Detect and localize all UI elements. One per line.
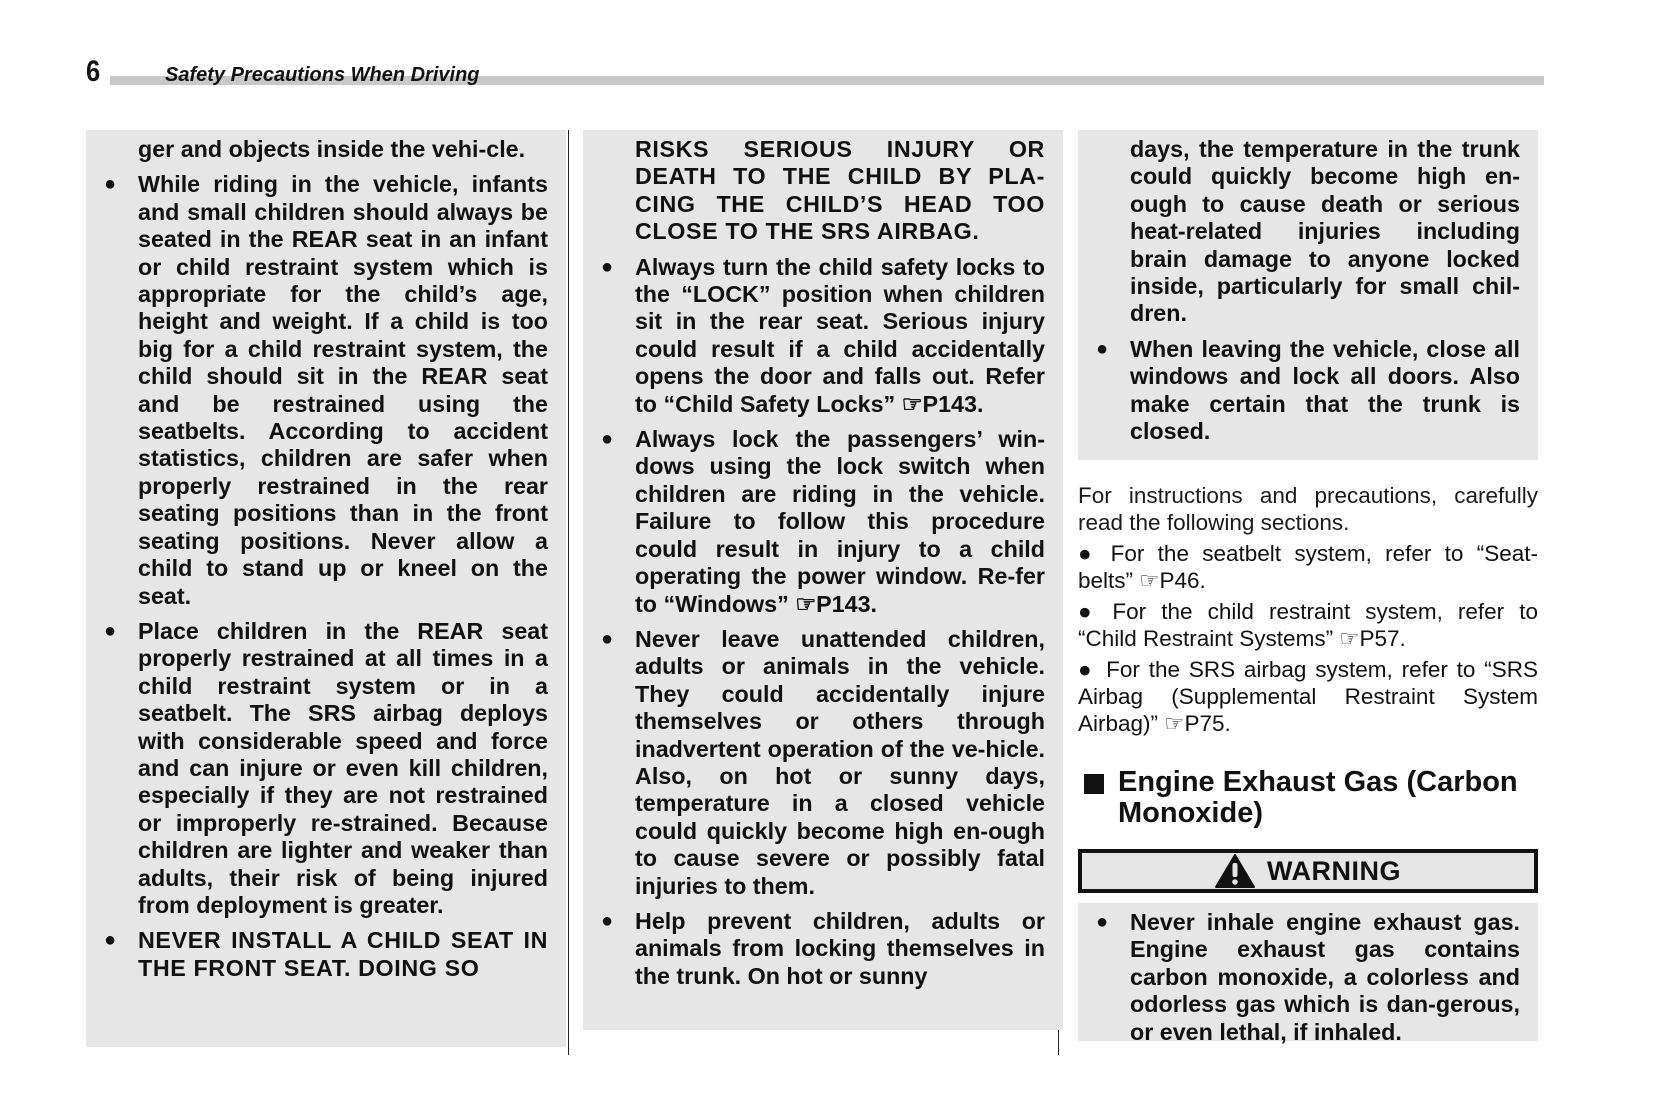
list-item: ●Never leave unattended children, adults…: [583, 626, 1045, 900]
section-marker-icon: [1084, 774, 1104, 794]
bullet-icon: ●: [104, 171, 116, 198]
bullet-icon: ●: [1078, 657, 1094, 682]
bullet-icon: ●: [601, 254, 613, 281]
right-column: days, the temperature in the trunk could…: [1078, 130, 1538, 1041]
list-item: ●When leaving the vehicle, close all win…: [1078, 336, 1520, 446]
list-item: RISKS SERIOUS INJURY OR DEATH TO THE CHI…: [583, 136, 1045, 246]
list-item: ger and objects inside the vehi-cle.: [86, 136, 548, 163]
column-divider: [568, 130, 569, 1055]
header-title: Safety Precautions When Driving: [165, 64, 480, 87]
bullet-icon: ●: [601, 626, 613, 653]
list-item: ●While riding in the vehicle, infants an…: [86, 171, 548, 610]
bullet-icon: ●: [601, 426, 613, 453]
bullet-icon: ●: [104, 927, 117, 954]
list-item: ●NEVER INSTALL A CHILD SEAT IN THE FRONT…: [86, 927, 548, 982]
list-item: ●Always lock the passengers’ win-dows us…: [583, 426, 1045, 618]
bullet-icon: ●: [1078, 599, 1100, 624]
warning-banner: WARNING: [1078, 849, 1538, 893]
left-column-warning-box: ger and objects inside the vehi-cle. ●Wh…: [86, 130, 566, 1047]
bullet-icon: ●: [1096, 336, 1108, 363]
bullet-icon: ●: [1096, 909, 1108, 936]
bullet-icon: ●: [104, 618, 116, 645]
list-item: ●Help prevent children, adults or animal…: [583, 908, 1045, 990]
section-heading: Engine Exhaust Gas (Carbon Monoxide): [1078, 767, 1538, 829]
middle-column-warning-box: RISKS SERIOUS INJURY OR DEATH TO THE CHI…: [583, 130, 1063, 1030]
reference-item: ●For the seatbelt system, refer to “Seat…: [1078, 540, 1538, 594]
reference-item: ●For the child restraint system, refer t…: [1078, 598, 1538, 652]
reference-link[interactable]: For the SRS airbag system, refer to “SRS…: [1078, 657, 1538, 736]
list-item: ●Always turn the child safety locks to t…: [583, 254, 1045, 418]
warning-content-box: ●Never inhale engine exhaust gas. Engine…: [1078, 903, 1538, 1041]
reference-link[interactable]: For the seatbelt system, refer to “Seat-…: [1078, 541, 1538, 593]
list-item: ●Never inhale engine exhaust gas. Engine…: [1078, 909, 1520, 1046]
page-number: 6: [86, 55, 100, 89]
right-column-warning-box: days, the temperature in the trunk could…: [1078, 130, 1538, 460]
reference-item: ●For the SRS airbag system, refer to “SR…: [1078, 656, 1538, 737]
warning-triangle-icon: [1215, 854, 1255, 888]
warning-label: WARNING: [1267, 856, 1401, 887]
bullet-icon: ●: [1078, 541, 1099, 566]
reference-link[interactable]: For the child restraint system, refer to…: [1078, 599, 1538, 651]
intro-paragraph: For instructions and precautions, carefu…: [1078, 482, 1538, 536]
list-item: days, the temperature in the trunk could…: [1078, 136, 1520, 328]
bullet-icon: ●: [601, 908, 613, 935]
list-item: ●Place children in the REAR seat properl…: [86, 618, 548, 919]
